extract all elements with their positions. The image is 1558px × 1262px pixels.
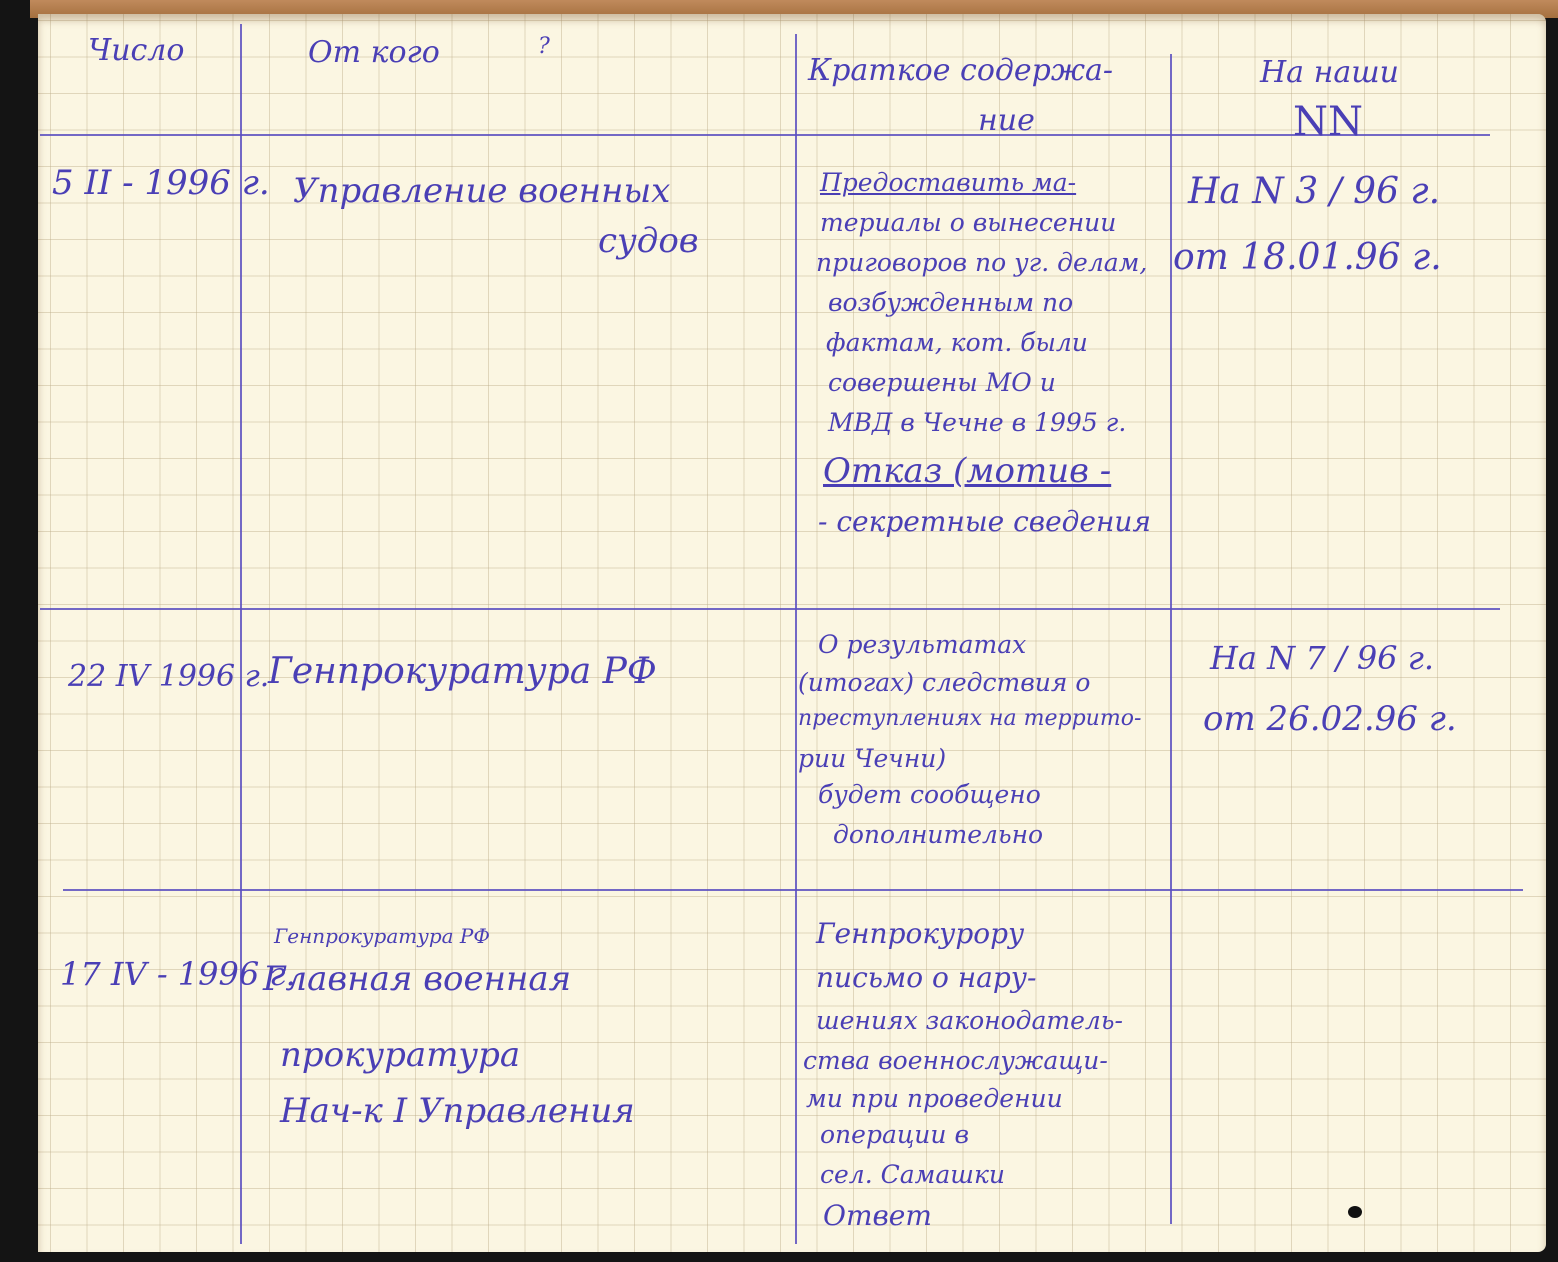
row3-summary-line8: Ответ [823,1202,932,1230]
row3-summary-line2: письмо о нару- [816,964,1037,992]
column-divider-1 [240,24,242,1244]
header-separator [40,134,1490,136]
row1-date: 5 II - 1996 г. [52,166,270,200]
row-separator-2 [63,889,1523,891]
header-summary-line1: Краткое содержа- [808,56,1113,86]
row2-ref-line2: от 26.02.96 г. [1203,702,1457,736]
ink-blot [1348,1206,1362,1218]
row1-summary-line4: возбужденным по [828,290,1073,315]
row3-from-line3: Нач-к I Управления [280,1094,635,1128]
column-divider-3 [1170,54,1172,1224]
row1-ref-line2: от 18.01.96 г. [1173,240,1442,276]
row3-from-line2: прокуратура [280,1038,520,1072]
header-from: От кого [308,38,440,68]
row3-summary-line6: операции в [820,1122,969,1147]
row1-summary-line3: приговоров по уг. делам, [816,250,1147,275]
row3-summary-line5: ми при проведении [806,1086,1063,1111]
header-from-mark: ? [538,36,550,58]
row-separator-1 [40,608,1500,610]
row2-summary-line5: будет сообщено [818,782,1041,807]
row2-summary-line6: дополнительно [833,822,1043,847]
notebook-page: Число От кого ? Краткое содержа- ние На … [38,14,1546,1252]
row2-ref-line1: На N 7 / 96 г. [1210,642,1434,674]
row1-summary-line9: - секретные сведения [818,508,1151,536]
header-ref-line1: На наши [1260,58,1399,88]
row1-summary-line6: совершены МО и [828,370,1056,395]
row1-summary-line5: фактам, кот. были [826,330,1088,355]
row2-date: 22 IV 1996 г. [68,662,269,692]
row3-summary-line1: Генпрокурору [816,920,1024,948]
row1-summary-line1: Предоставить ма- [820,170,1076,195]
row2-summary-line2: (итогах) следствия о [798,670,1090,695]
header-summary-line2: ние [978,106,1035,136]
row2-summary-line1: О результатах [818,632,1026,657]
row3-summary-line3: шениях законодатель- [816,1008,1123,1033]
column-divider-2 [795,34,797,1244]
row3-summary-line4: ства военнослужащи- [803,1048,1108,1073]
row2-summary-line3: преступлениях на террито- [798,708,1141,730]
row3-from-line1: Главная военная [263,962,571,996]
row1-from-line1: Управление военных [293,174,670,208]
row1-ref-line1: На N 3 / 96 г. [1188,174,1440,210]
header-date: Число [88,36,184,66]
row2-from-line1: Генпрокуратура РФ [268,654,657,690]
row2-summary-line4: рии Чечни) [798,746,946,771]
row1-summary-line8: Отказ (мотив - [823,454,1111,488]
row1-summary-line7: МВД в Чечне в 1995 г. [828,410,1126,435]
header-ref-line2: NN [1293,102,1363,142]
row1-summary-line2: териалы о вынесении [820,210,1116,235]
row3-summary-line7: сел. Самашки [820,1162,1005,1187]
row3-date: 17 IV - 1996 г. [60,958,296,990]
row1-from-line2: судов [598,224,699,258]
row3-from-line0: Генпрокуратура РФ [274,926,490,946]
